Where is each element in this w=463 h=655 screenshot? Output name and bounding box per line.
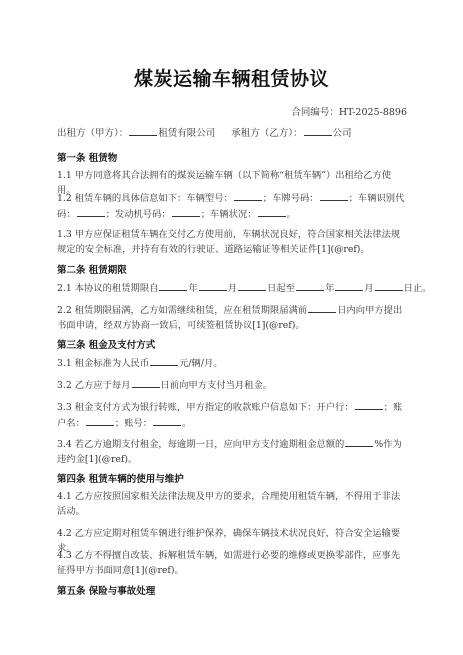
clause-text: 2.1 本协议的租赁期限自	[57, 283, 158, 294]
clause-text: 1.2 租赁车辆的具体信息如下：车辆型号：	[57, 193, 233, 204]
clause-1-2: 1.2 租赁车辆的具体信息如下：车辆型号：；车牌号码：；车辆识别代码：；发动机号…	[57, 190, 409, 222]
start-month-blank	[199, 280, 227, 291]
clause-text: 3.1 租金标准为人民币	[57, 358, 149, 369]
lessee-blank	[304, 125, 332, 136]
rent-amount-blank	[150, 355, 178, 366]
lessor-suffix: 租赁有限公司	[158, 128, 215, 139]
section-heading-3: 第三条 租金及支付方式	[57, 337, 155, 351]
contract-number: 合同编号：HT-2025-8896	[291, 104, 407, 118]
clause-text: 。	[182, 418, 191, 429]
clause-text: 年	[188, 283, 197, 294]
document-title: 煤炭运输车辆租赁协议	[0, 64, 463, 91]
contract-number-label: 合同编号：	[291, 107, 339, 118]
start-year-blank	[159, 280, 187, 291]
clause-text: 3.2 乙方应于每月	[57, 380, 131, 391]
clause-text: 月	[228, 283, 237, 294]
end-month-blank	[335, 280, 363, 291]
clause-text: 月	[364, 283, 373, 294]
vin-blank	[77, 206, 105, 217]
clause-2-1: 2.1 本协议的租赁期限自年月日起至年月日止。	[57, 280, 409, 296]
contract-number-value: HT-2025-8896	[339, 107, 407, 118]
vehicle-model-blank	[234, 190, 262, 201]
clause-text: 2.2 租赁期限届满，乙方如需继续租赁，应在租赁期限届满前	[57, 305, 307, 316]
section-heading-5: 第五条 保险与事故处理	[57, 583, 155, 597]
clause-text: 日前向甲方支付当月租金。	[161, 380, 273, 391]
payment-day-blank	[132, 377, 160, 388]
clause-text: 3.4 若乙方逾期支付租金，每逾期一日，应向甲方支付逾期租金总额的	[57, 439, 344, 450]
clause-3-3: 3.3 租金支付方式为银行转账，甲方指定的收款账户信息如下：开户行：；账户名：；…	[57, 399, 409, 431]
plate-number-blank	[320, 190, 348, 201]
account-number-blank	[153, 415, 181, 426]
section-heading-2: 第二条 租赁期限	[57, 262, 127, 276]
engine-number-blank	[172, 206, 200, 217]
end-year-blank	[296, 280, 324, 291]
clause-text: ；账号：	[115, 418, 152, 429]
parties-line: 出租方（甲方）：租赁有限公司承租方（乙方）：公司	[57, 125, 352, 139]
section-heading-4: 第四条 租赁车辆的使用与维护	[57, 471, 184, 485]
clause-3-4: 3.4 若乙方逾期支付租金，每逾期一日，应向甲方支付逾期租金总额的%作为违约金[…	[57, 436, 409, 467]
vehicle-condition-blank	[258, 206, 286, 217]
clause-text: ；发动机号码：	[106, 209, 171, 220]
clause-4-3: 4.3 乙方不得擅自改装、拆解租赁车辆，如需进行必要的维修或更换零部件，应事先征…	[57, 548, 409, 578]
end-day-blank	[375, 280, 403, 291]
renewal-days-blank	[308, 302, 336, 313]
penalty-rate-blank	[345, 436, 373, 447]
lessor-label: 出租方（甲方）：	[57, 128, 128, 139]
clause-2-2: 2.2 租赁期限届满，乙方如需继续租赁，应在租赁期限届满前日内向甲方提出书面申请…	[57, 302, 409, 333]
clause-4-1: 4.1 乙方应按照国家相关法律法规及甲方的要求，合理使用租赁车辆，不得用于非法活…	[57, 489, 409, 519]
lessee-label: 承租方（乙方）：	[231, 128, 302, 139]
lessee-suffix: 公司	[333, 128, 352, 139]
bank-name-blank	[355, 399, 383, 410]
section-heading-1: 第一条 租赁物	[57, 150, 117, 164]
clause-text: ；车辆状况：	[201, 209, 257, 220]
clause-text: 年	[325, 283, 334, 294]
lessor-blank	[129, 125, 157, 136]
clause-text: 日起至	[267, 283, 295, 294]
clause-3-2: 3.2 乙方应于每月日前向甲方支付当月租金。	[57, 377, 409, 393]
start-day-blank	[238, 280, 266, 291]
clause-text: 3.3 租金支付方式为银行转账，甲方指定的收款账户信息如下：开户行：	[57, 402, 354, 413]
clause-text: ；车牌号码：	[263, 193, 319, 204]
account-name-blank	[86, 415, 114, 426]
clause-3-1: 3.1 租金标准为人民币元/辆/月。	[57, 355, 409, 371]
document-page: 煤炭运输车辆租赁协议 合同编号：HT-2025-8896 出租方（甲方）：租赁有…	[0, 0, 463, 655]
clause-1-3: 1.3 甲方应保证租赁车辆在交付乙方使用前，车辆状况良好，符合国家相关法律法规规…	[57, 227, 409, 257]
clause-text: 元/辆/月。	[179, 358, 222, 369]
clause-text: 日止。	[404, 283, 432, 294]
clause-text: 。	[287, 209, 296, 220]
